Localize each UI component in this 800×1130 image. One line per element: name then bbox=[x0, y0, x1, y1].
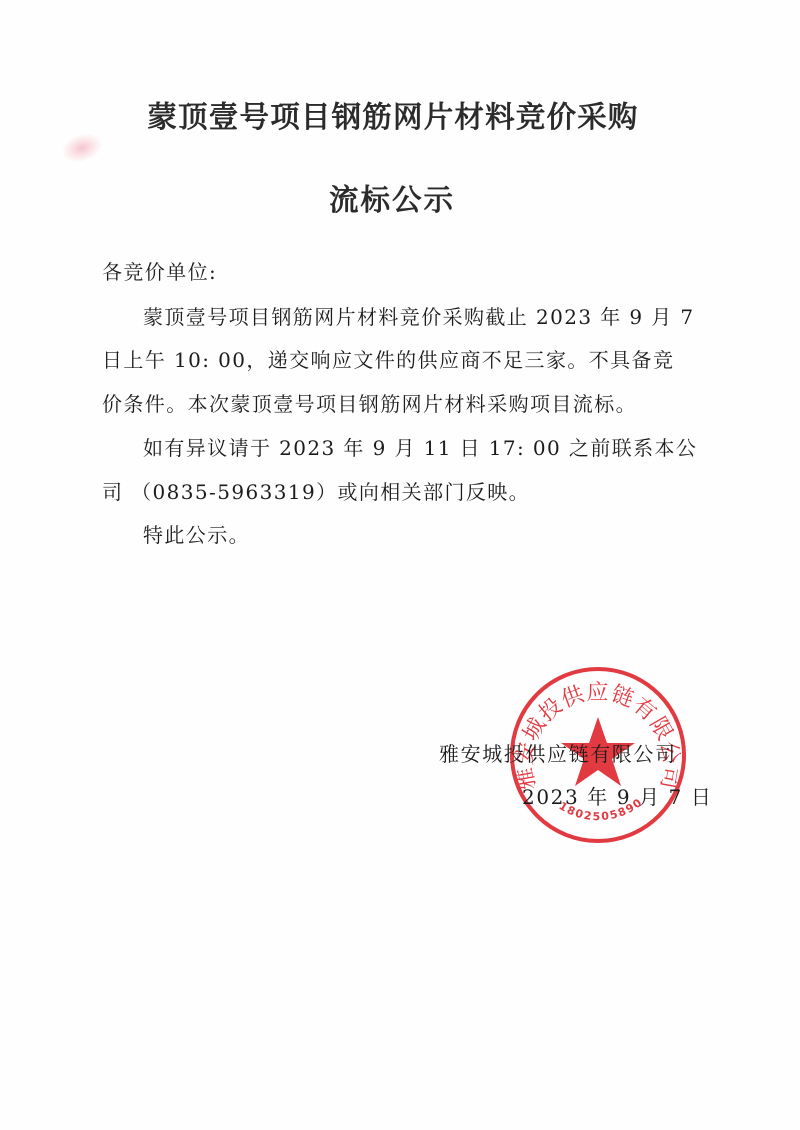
stamp-ring-text: 雅安城投供应链有限公司 bbox=[512, 680, 683, 791]
body-line-2: 日上午 10: 00，递交响应文件的供应商不足三家。不具备竞 bbox=[102, 346, 674, 374]
body-line-1: 蒙顶壹号项目钢筋网片材料竞价采购截止 2023 年 9 月 7 bbox=[143, 303, 695, 331]
body-line-5: 司 （0835-5963319）或向相关部门反映。 bbox=[102, 478, 530, 506]
salutation: 各竞价单位: bbox=[102, 258, 217, 286]
body-line-3: 价条件。本次蒙顶壹号项目钢筋网片材料采购项目流标。 bbox=[102, 390, 637, 418]
body-line-4: 如有异议请于 2023 年 9 月 11 日 17: 00 之前联系本公 bbox=[143, 434, 697, 462]
document-page: 蒙顶壹号项目钢筋网片材料竞价采购 流标公示 各竞价单位: 蒙顶壹号项目钢筋网片材… bbox=[0, 0, 800, 1130]
document-title: 蒙顶壹号项目钢筋网片材料竞价采购 bbox=[0, 97, 786, 137]
closing-line: 特此公示。 bbox=[143, 521, 250, 549]
signature-date: 2023 年 9 月 7 日 bbox=[522, 783, 713, 811]
signature-company: 雅安城投供应链有限公司 bbox=[439, 740, 677, 768]
document-subtitle: 流标公示 bbox=[0, 180, 784, 220]
